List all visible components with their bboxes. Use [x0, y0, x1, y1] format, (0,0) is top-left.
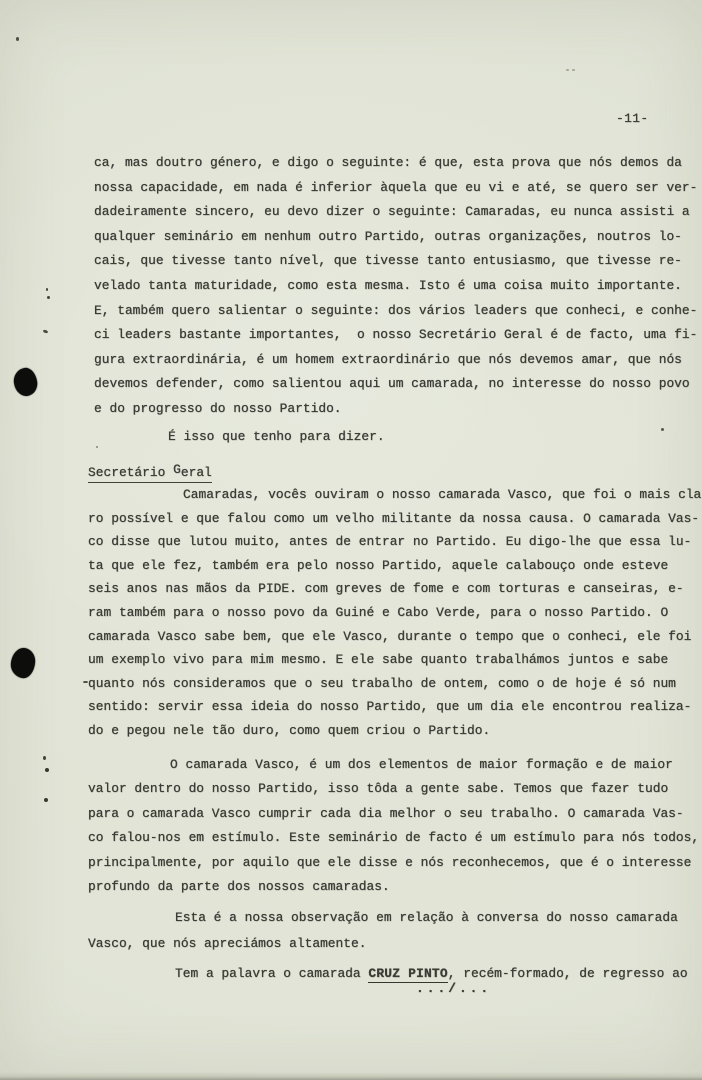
paper-speck: [566, 69, 569, 71]
text-line: co disse que lutou muito, antes de entra…: [88, 530, 702, 554]
text-line: camarada Vasco sabe bem, que ele Vasco, …: [88, 625, 702, 649]
text-line: Camaradas, vocês ouviram o nosso camarad…: [88, 483, 702, 507]
paper-speck: [45, 768, 49, 772]
paragraph-secretario-geral-1: Camaradas, vocês ouviram o nosso camarad…: [88, 483, 702, 743]
text-line: devemos defender, como salientou aqui um…: [94, 372, 697, 397]
paper-speck: [47, 296, 50, 299]
paragraph-speech-conclusion: ca, mas doutro género, e digo o seguinte…: [94, 151, 697, 422]
paper-speck: [46, 288, 48, 291]
text-line: dadeiramente sincero, eu devo dizer o se…: [94, 200, 697, 225]
paper-speck: [16, 37, 19, 41]
text-line: principalmente, por aquilo que ele disse…: [88, 851, 699, 875]
final-paragraph-line: Tem a palavra o camarada CRUZ PINTO, rec…: [88, 966, 688, 981]
text-line: profundo da parte dos nossos camaradas.: [88, 875, 699, 899]
final-line-post: , recém-formado, de regresso ao: [448, 966, 688, 981]
text-line: do e pegou nele tão duro, como quem crio…: [88, 719, 702, 743]
paper-speck: [96, 446, 98, 448]
scanned-document-page: -11- ca, mas doutro género, e digo o seg…: [0, 0, 702, 1080]
text-line: sentido: servir essa ideia do nosso Part…: [88, 695, 702, 719]
text-line: Vasco, que nós apreciámos altamente.: [88, 931, 678, 957]
text-line: quanto nós consideramos que o seu trabal…: [88, 672, 702, 696]
text-line: ram também para o nosso povo da Guiné e …: [88, 601, 702, 625]
text-line: co falou-nos em estímulo. Este seminário…: [88, 826, 699, 850]
paper-speck: [43, 756, 46, 760]
text-line: valor dentro do nosso Partido, isso tôda…: [88, 777, 699, 801]
heading-raised-letter: G: [173, 462, 181, 477]
text-line: ro possível e que falou como um velho mi…: [88, 507, 702, 531]
text-line: ta que ele fez, também era pelo nosso Pa…: [88, 554, 702, 578]
text-line: Esta é a nossa observação em relação à c…: [88, 905, 678, 931]
section-heading-secretario-geral: Secretário Geral: [88, 465, 212, 483]
closing-line: É isso que tenho para dizer.: [168, 429, 385, 444]
text-line: gura extraordinária, é um homem extraord…: [94, 348, 697, 373]
paper-speck: [44, 798, 48, 802]
text-line: seis anos nas mãos da PIDE. com greves d…: [88, 577, 702, 601]
heading-text-post: eral: [181, 465, 212, 480]
page-bottom-edge: [0, 1072, 702, 1080]
text-line: qualquer seminário em nenhum outro Parti…: [94, 225, 697, 250]
text-line: um exemplo vivo para mim mesmo. E ele sa…: [88, 648, 702, 672]
final-line-pre: Tem a palavra o camarada: [175, 966, 368, 981]
text-line: nossa capacidade, em nada é inferior àqu…: [94, 176, 697, 201]
text-line: E, também quero salientar o seguinte: do…: [94, 299, 697, 324]
heading-text-pre: Secretário: [88, 465, 173, 480]
text-line: velado tanta maturidade, como esta mesma…: [94, 274, 697, 299]
paper-speck: [83, 681, 88, 683]
continuation-mark: .../...: [416, 981, 491, 996]
text-line: cais, que tivesse tanto nível, que tives…: [94, 249, 697, 274]
ink-blot: [12, 367, 39, 398]
text-line: e do progresso do nosso Partido.: [94, 397, 697, 422]
paragraph-secretario-geral-2: O camarada Vasco, é um dos elementos de …: [88, 753, 699, 899]
text-line: para o camarada Vasco cumprir cada dia m…: [88, 802, 699, 826]
paper-speck: [661, 428, 664, 431]
text-line: ci leaders bastante importantes, o nosso…: [94, 323, 697, 348]
paper-speck: [572, 69, 575, 71]
text-line: ca, mas doutro género, e digo o seguinte…: [94, 151, 697, 176]
paper-speck: [43, 329, 49, 334]
text-line: O camarada Vasco, é um dos elementos de …: [88, 753, 699, 777]
ink-blot: [10, 647, 37, 679]
page-number: -11-: [616, 111, 649, 126]
paragraph-secretario-geral-3: Esta é a nossa observação em relação à c…: [88, 905, 678, 956]
